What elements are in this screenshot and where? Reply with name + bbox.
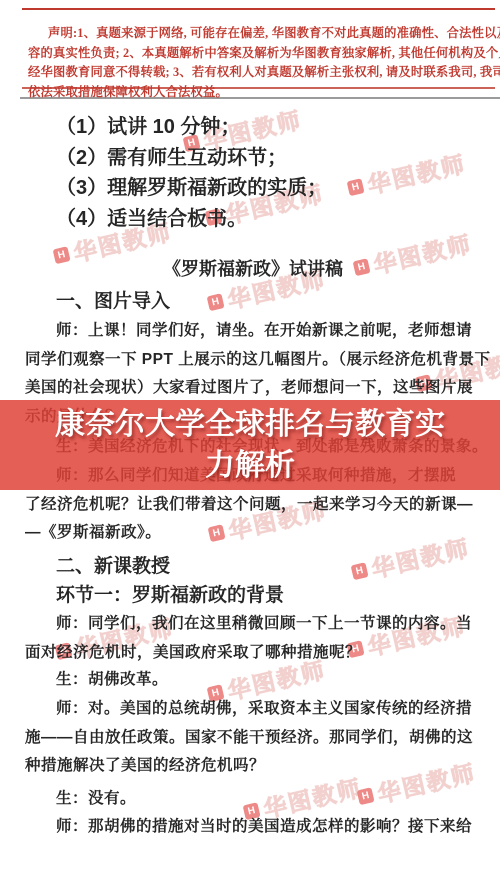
text-line: 二、新课教授	[25, 553, 481, 580]
overlay-title-banner: 康奈尔大学全球排名与教育实 力解析	[0, 400, 500, 490]
heading-stage-1: 环节一：罗斯福新政的背景	[25, 582, 481, 609]
text-line: （1）试讲 10 分钟；	[25, 112, 481, 143]
text-line: 师：同学们，我们在这里稍微回顾一下上一节课的内容。当	[25, 610, 481, 639]
text-line: 师：对。美国的总统胡佛，采取资本主义国家传统的经济措	[25, 695, 481, 724]
text-line: —《罗斯福新政》。	[25, 519, 481, 548]
paragraph-student-2: 生：胡佛改革。	[25, 666, 481, 695]
banner-title-line-2: 力解析	[205, 445, 295, 486]
text-line: 面对经济危机时，美国政府采取了哪种措施呢？	[25, 639, 481, 668]
text-line: 师：上课！同学们好，请坐。在开始新课之前呢，老师想请	[25, 317, 481, 346]
text-line: 《罗斯福新政》试讲稿	[25, 256, 481, 283]
paragraph-teacher-review: 师：同学们，我们在这里稍微回顾一下上一节课的内容。当面对经济危机时，美国政府采取…	[25, 610, 481, 667]
text-line: 师：那胡佛的措施对当时的美国造成怎样的影响？接下来给	[25, 813, 481, 842]
text-line: 生：胡佛改革。	[25, 666, 481, 695]
paragraph-teacher-4: 师：那胡佛的措施对当时的美国造成怎样的影响？接下来给	[25, 813, 481, 842]
text-line: （3）理解罗斯福新政的实质；	[25, 173, 481, 204]
exam-requirements-list: （1）试讲 10 分钟；（2）需有师生互动环节；（3）理解罗斯福新政的实质；（4…	[25, 112, 481, 234]
text-line: 环节一：罗斯福新政的背景	[25, 582, 481, 609]
text-line: （4）适当结合板书。	[25, 204, 481, 235]
text-line: 施——自由放任政策。国家不能干预经济。那同学们，胡佛的这	[25, 724, 481, 753]
text-line: 一、图片导入	[25, 288, 481, 315]
text-line: 生：没有。	[25, 785, 481, 814]
paragraph-teacher-3: 师：对。美国的总统胡佛，采取资本主义国家传统的经济措施——自由放任政策。国家不能…	[25, 695, 481, 781]
text-line: 种措施解决了美国的经济危机吗？	[25, 752, 481, 781]
text-line: 美国的社会现状）大家看过图片了，老师想问一下，这些图片展	[25, 374, 481, 403]
heading-new-lesson: 二、新课教授	[25, 553, 481, 580]
paragraph-student-3: 生：没有。	[25, 785, 481, 814]
text-line: （2）需有师生互动环节；	[25, 143, 481, 174]
text-line: 同学们观察一下 PPT 上展示的这几幅图片。（展示经济危机背景下	[25, 346, 481, 375]
banner-title-line-1: 康奈尔大学全球排名与教育实	[55, 404, 445, 445]
text-line: 了经济危机呢？让我们带着这个问题，一起来学习今天的新课—	[25, 491, 481, 520]
heading-intro: 一、图片导入	[25, 288, 481, 315]
document-page: H华图教师 H华图教师 H华图教师 H华图教师 H华图教师 H华图教师 H华图教…	[0, 0, 500, 892]
document-title: 《罗斯福新政》试讲稿	[25, 256, 481, 283]
